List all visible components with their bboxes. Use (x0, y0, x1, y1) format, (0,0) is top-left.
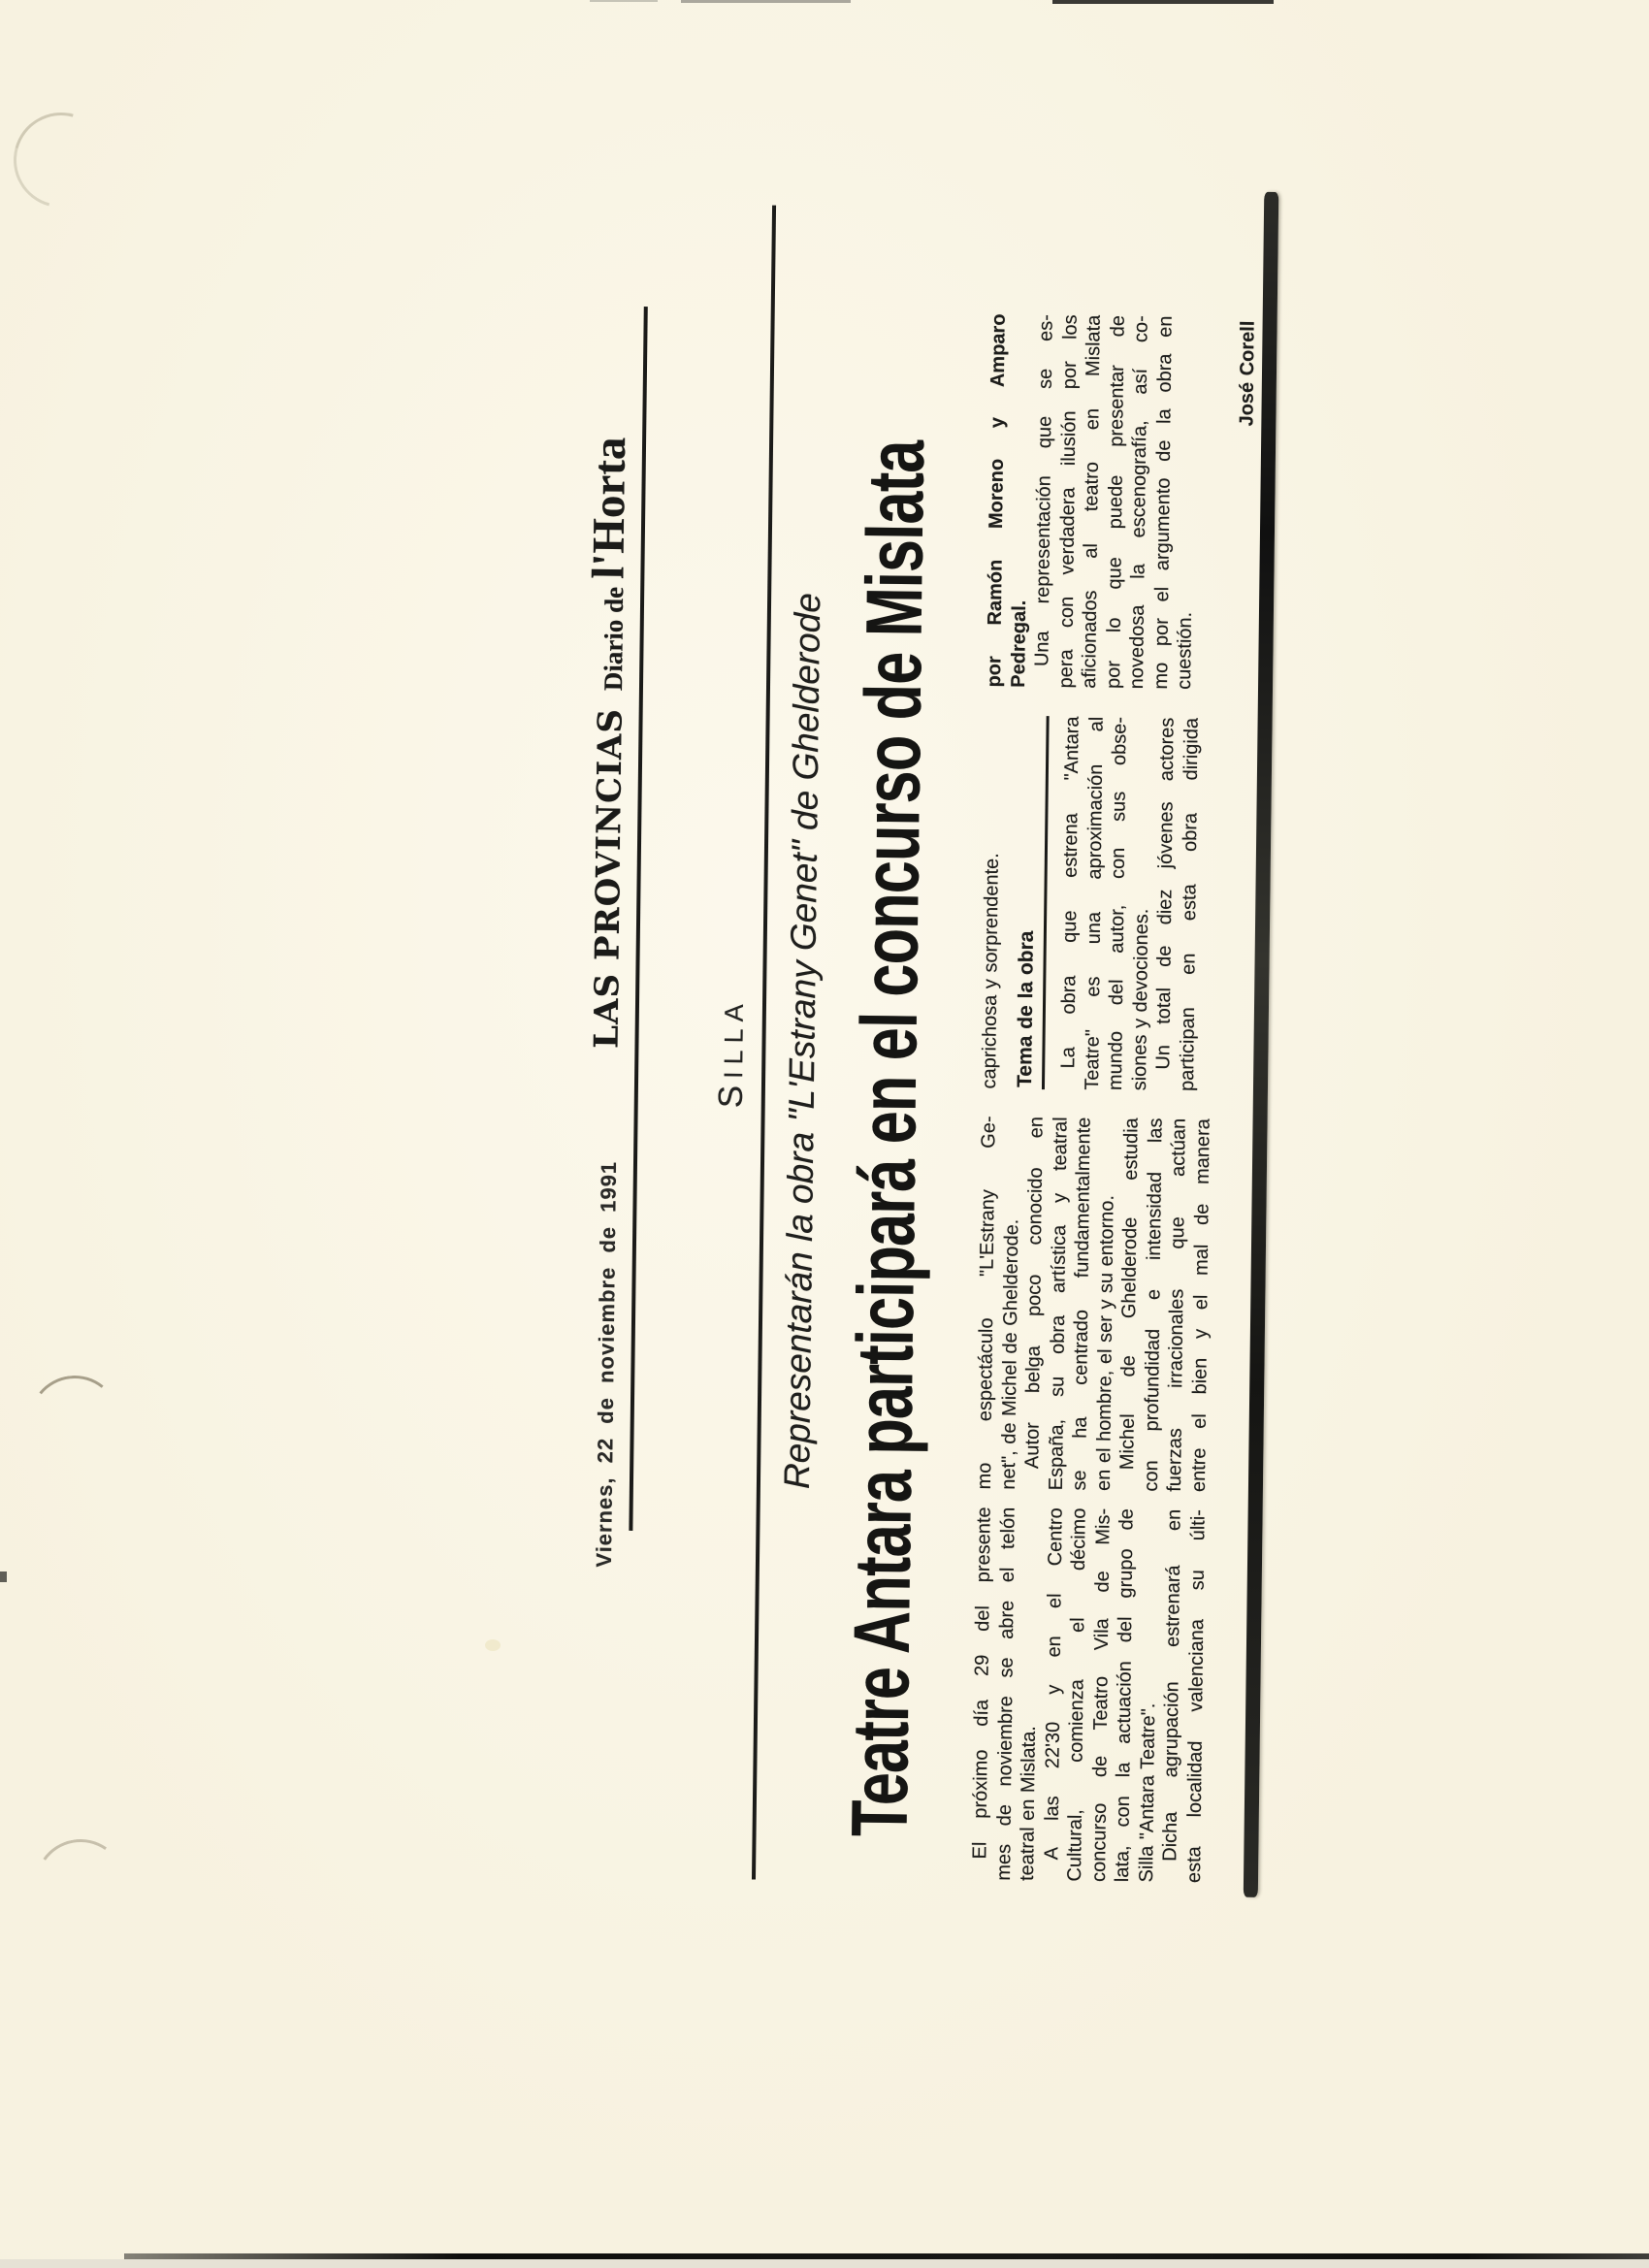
article-body: El próximo día 29 del presentemes de nov… (968, 204, 988, 1882)
headline: Teatre Antara participará en el concurso… (837, 232, 944, 1837)
masthead-edition: Diario del'Horta (581, 437, 636, 691)
scan-speck-left (0, 1571, 7, 1582)
subheadline: Representarán la obra "L'Estrany Genet" … (772, 202, 833, 1880)
masthead-edition-name: l'Horta (583, 437, 635, 579)
scan-streak-top-dark (1052, 0, 1274, 4)
body-column-4: por Ramón Moreno y AmparoPedregal.Una re… (983, 313, 1260, 690)
punch-hole-lower-left (28, 1832, 134, 1938)
scan-streak-top-mid (681, 0, 851, 3)
article-line: cuestión. (1173, 316, 1201, 690)
scanner-bed-strip-bottom (0, 2259, 1649, 2268)
article-line: esta localidad valenciana su últi- (1181, 1509, 1210, 1883)
body-column-3: caprichosa y sorprendente.Tema de la obr… (978, 715, 1204, 1091)
article-line: participan en esta obra dirigida (1175, 718, 1203, 1091)
punch-hole-top-left (0, 95, 126, 225)
article-line: caprichosa y sorprendente. (978, 715, 1006, 1088)
newspaper-clipping: Viernes, 22 de noviembre de 1991 LAS PRO… (553, 199, 1312, 1886)
article-line: entre el bien y el mal de manera (1186, 1118, 1214, 1492)
body-column-1: El próximo día 29 del presentemes de nov… (968, 1507, 1211, 1883)
section-kicker: SILLA (712, 997, 752, 1108)
masthead-newspaper-name: LAS PROVINCIAS (587, 708, 630, 1049)
body-column-2: mo espectáculo "L'Estrany Ge-net", de Mi… (973, 1116, 1215, 1492)
kicker-rule (752, 206, 776, 1880)
masthead-date: Viernes, 22 de noviembre de 1991 (592, 1161, 622, 1568)
scan-streak-top-faint (590, 0, 658, 2)
scanned-page: Viernes, 22 de noviembre de 1991 LAS PRO… (0, 0, 1649, 2268)
section-heading: Tema de la obra (1001, 716, 1049, 1090)
masthead: Viernes, 22 de noviembre de 1991 LAS PRO… (570, 437, 636, 1568)
paper-smudge (485, 1639, 501, 1651)
signature: José Corell (1232, 316, 1260, 690)
masthead-edition-prefix: Diario de (598, 587, 629, 692)
punch-hole-middle-left (24, 1371, 124, 1471)
